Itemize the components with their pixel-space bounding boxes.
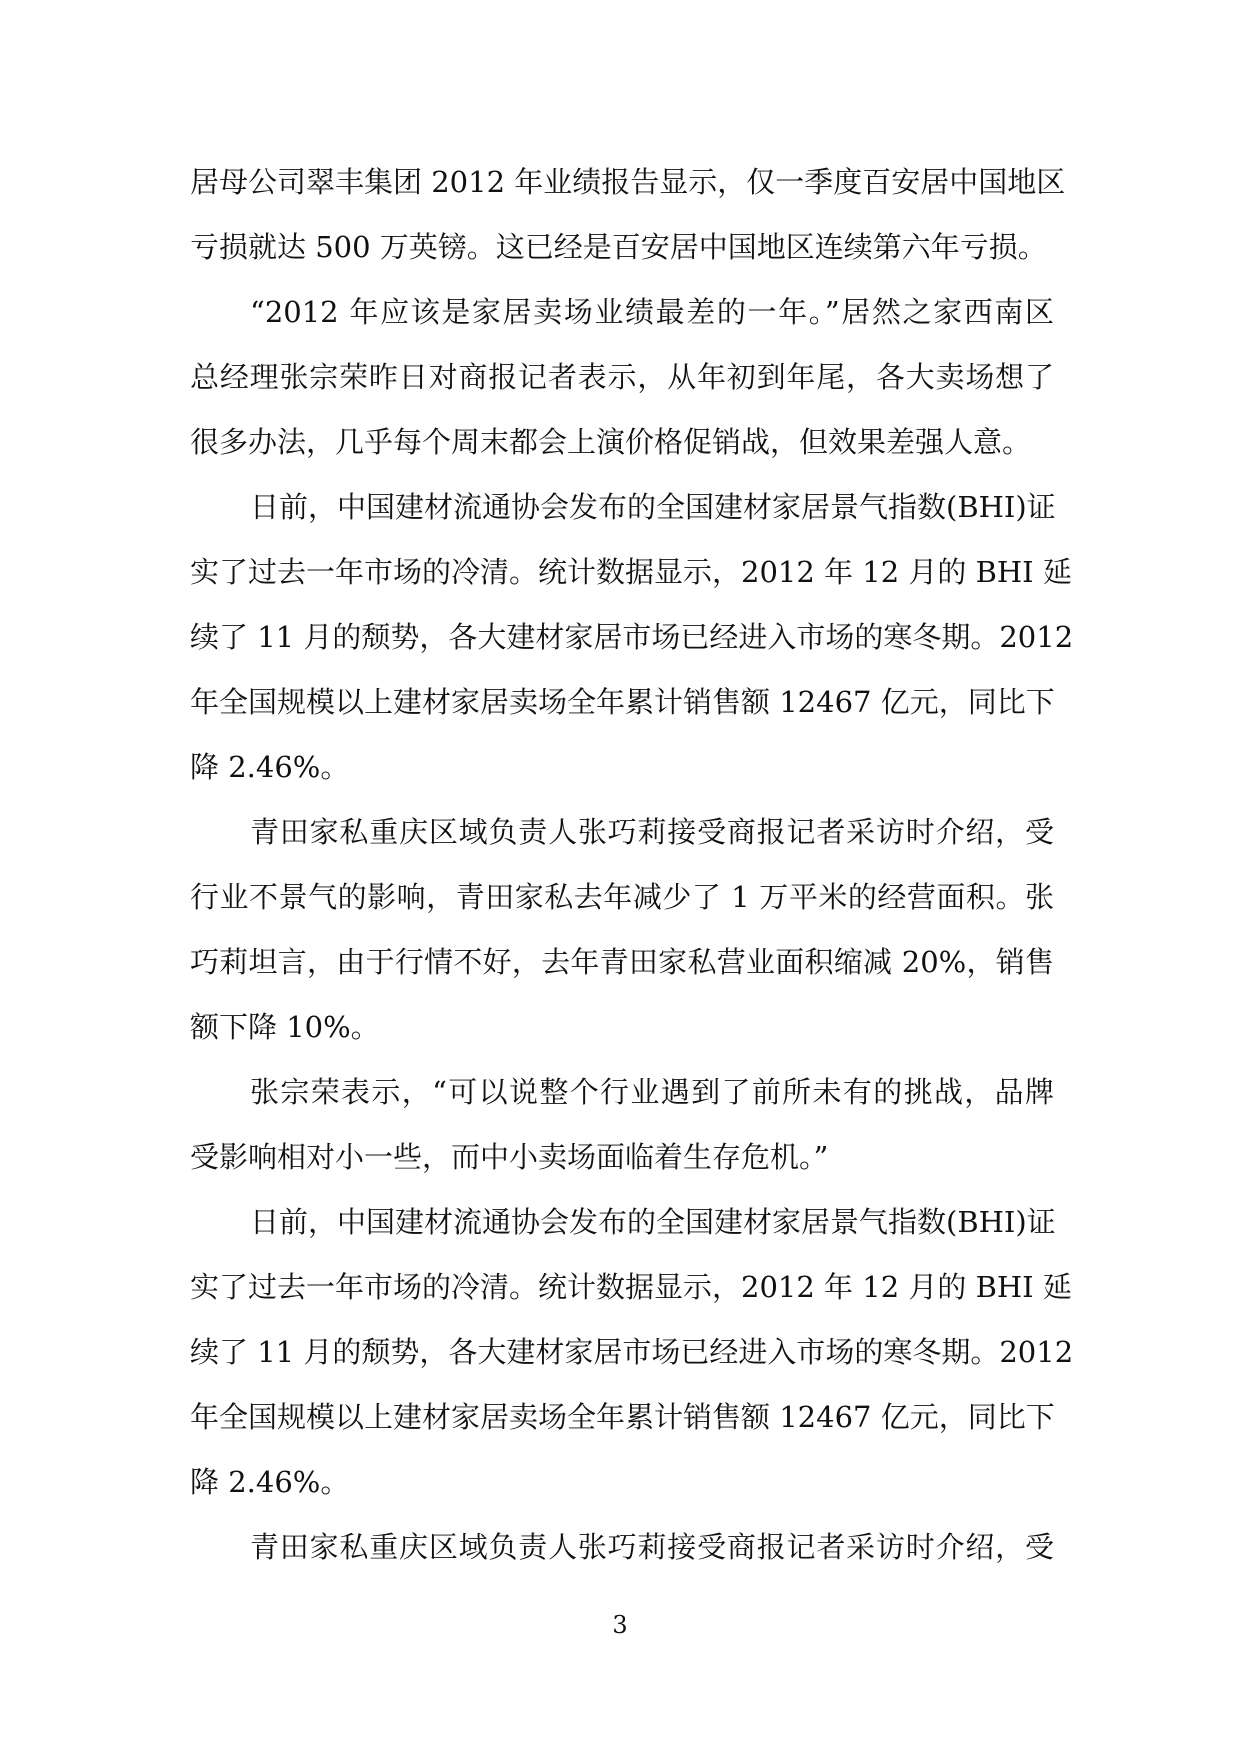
text-line: 总经理张宗荣昨日对商报记者表示，从年初到年尾，各大卖场想了: [190, 345, 1054, 410]
text-line: 实了过去一年市场的冷清。统计数据显示，2012 年 12 月的 BHI 延: [190, 540, 1054, 605]
text-line: 日前，中国建材流通协会发布的全国建材家居景气指数(BHI)证: [190, 475, 1054, 540]
text-line: 青田家私重庆区域负责人张巧莉接受商报记者采访时介绍，受: [190, 1515, 1054, 1580]
document-page: 居母公司翠丰集团 2012 年业绩报告显示，仅一季度百安居中国地区 亏损就达 5…: [0, 0, 1240, 1753]
page-number: 3: [0, 1608, 1240, 1642]
text-line: 青田家私重庆区域负责人张巧莉接受商报记者采访时介绍，受: [190, 800, 1054, 865]
text-line: 受影响相对小一些，而中小卖场面临着生存危机。”: [190, 1125, 1054, 1190]
text-line: 巧莉坦言，由于行情不好，去年青田家私营业面积缩减 20%，销售: [190, 930, 1054, 995]
text-line: 居母公司翠丰集团 2012 年业绩报告显示，仅一季度百安居中国地区: [190, 150, 1054, 215]
body-text: 居母公司翠丰集团 2012 年业绩报告显示，仅一季度百安居中国地区 亏损就达 5…: [190, 150, 1054, 1580]
text-line: 行业不景气的影响，青田家私去年减少了 1 万平米的经营面积。张: [190, 865, 1054, 930]
paragraph-3: 日前，中国建材流通协会发布的全国建材家居景气指数(BHI)证 实了过去一年市场的…: [190, 475, 1054, 800]
paragraph-4: 青田家私重庆区域负责人张巧莉接受商报记者采访时介绍，受 行业不景气的影响，青田家…: [190, 800, 1054, 1060]
text-line: 降 2.46%。: [190, 1450, 1054, 1515]
text-line: 很多办法，几乎每个周末都会上演价格促销战，但效果差强人意。: [190, 410, 1054, 475]
paragraph-5: 张宗荣表示，“可以说整个行业遇到了前所未有的挑战，品牌 受影响相对小一些，而中小…: [190, 1060, 1054, 1190]
paragraph-7: 青田家私重庆区域负责人张巧莉接受商报记者采访时介绍，受: [190, 1515, 1054, 1580]
paragraph-6: 日前，中国建材流通协会发布的全国建材家居景气指数(BHI)证 实了过去一年市场的…: [190, 1190, 1054, 1515]
text-line: 年全国规模以上建材家居卖场全年累计销售额 12467 亿元，同比下: [190, 1385, 1054, 1450]
paragraph-2: “2012 年应该是家居卖场业绩最差的一年。”居然之家西南区 总经理张宗荣昨日对…: [190, 280, 1054, 475]
text-line: 实了过去一年市场的冷清。统计数据显示，2012 年 12 月的 BHI 延: [190, 1255, 1054, 1320]
text-line: 张宗荣表示，“可以说整个行业遇到了前所未有的挑战，品牌: [190, 1060, 1054, 1125]
text-line: “2012 年应该是家居卖场业绩最差的一年。”居然之家西南区: [190, 280, 1054, 345]
text-line: 续了 11 月的颓势，各大建材家居市场已经进入市场的寒冬期。2012: [190, 605, 1054, 670]
text-line: 亏损就达 500 万英镑。这已经是百安居中国地区连续第六年亏损。: [190, 215, 1054, 280]
text-line: 续了 11 月的颓势，各大建材家居市场已经进入市场的寒冬期。2012: [190, 1320, 1054, 1385]
paragraph-1: 居母公司翠丰集团 2012 年业绩报告显示，仅一季度百安居中国地区 亏损就达 5…: [190, 150, 1054, 280]
text-line: 年全国规模以上建材家居卖场全年累计销售额 12467 亿元，同比下: [190, 670, 1054, 735]
text-line: 降 2.46%。: [190, 735, 1054, 800]
text-line: 额下降 10%。: [190, 995, 1054, 1060]
text-line: 日前，中国建材流通协会发布的全国建材家居景气指数(BHI)证: [190, 1190, 1054, 1255]
